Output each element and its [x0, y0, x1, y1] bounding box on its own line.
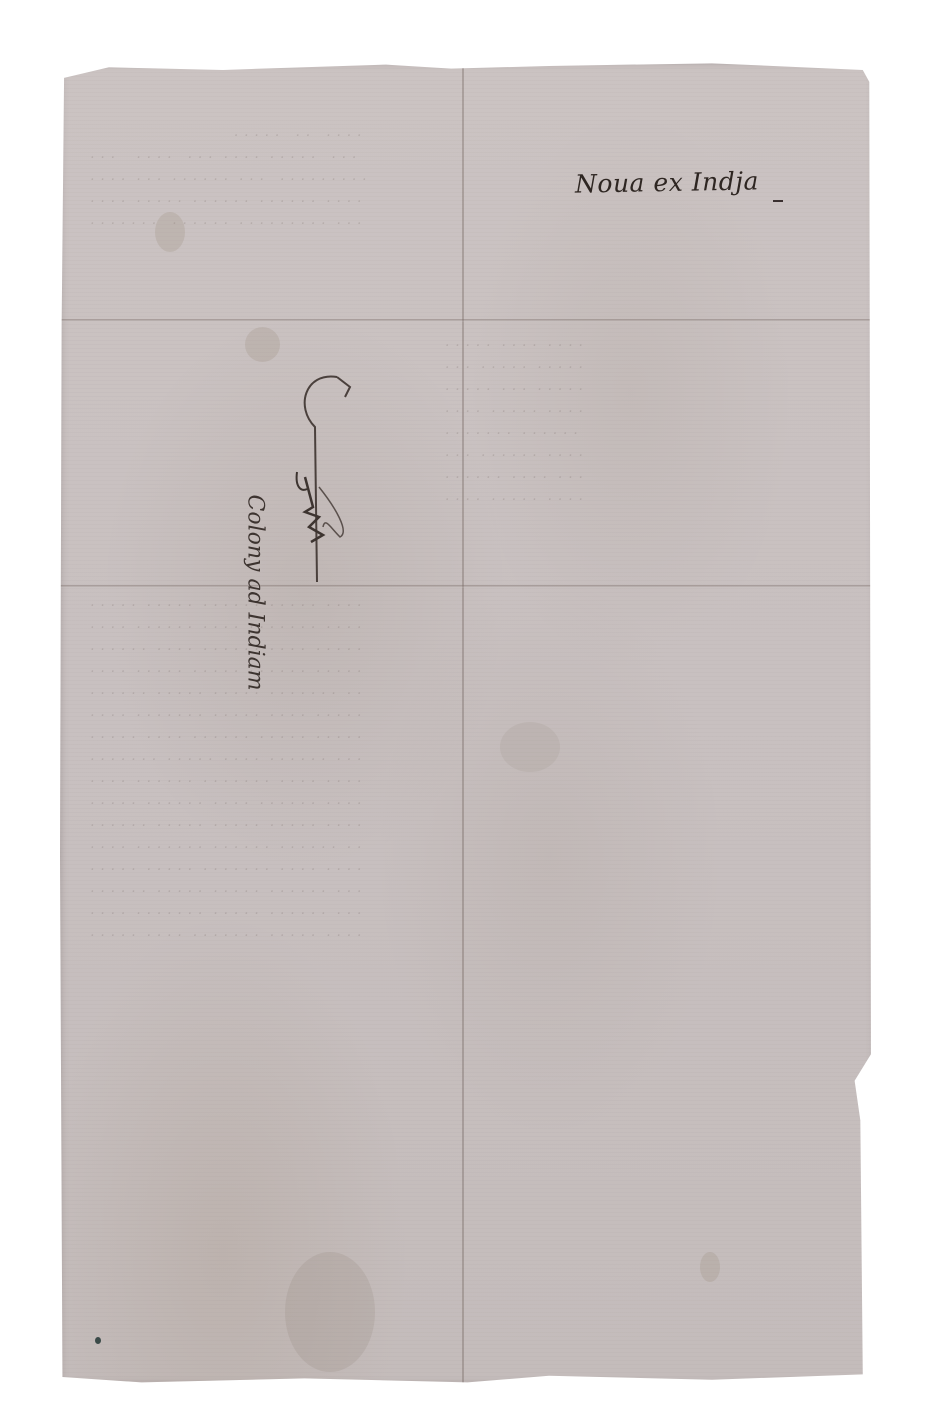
manuscript-page: . . . . . . . . . . . . . . . . . . . . …: [60, 62, 875, 1385]
water-stain: [285, 1252, 375, 1372]
stain-spot: [700, 1252, 720, 1282]
stain-spot: [155, 212, 185, 252]
paper-hole: [95, 1337, 101, 1344]
ink-dash-mark: [773, 200, 783, 202]
show-through-text-lower: . . . . . . . . . . . . . . . . . . . . …: [80, 592, 850, 972]
stain-spot: [245, 327, 280, 362]
stain-spot: [500, 722, 560, 772]
show-through-text-middle: . . . . . . . . . . . . . . . . . . . . …: [440, 332, 840, 582]
inscription-vertical-endorsement: Colony ad Indiam: [243, 495, 268, 691]
horizontal-fold-line-lower: [60, 585, 875, 588]
show-through-text-upper: . . . . . . . . . . . . . . . . . . . . …: [80, 122, 850, 322]
inscription-noua-ex-indja: Noua ex Indja: [575, 166, 759, 198]
signature-flourish-icon: [275, 367, 355, 587]
